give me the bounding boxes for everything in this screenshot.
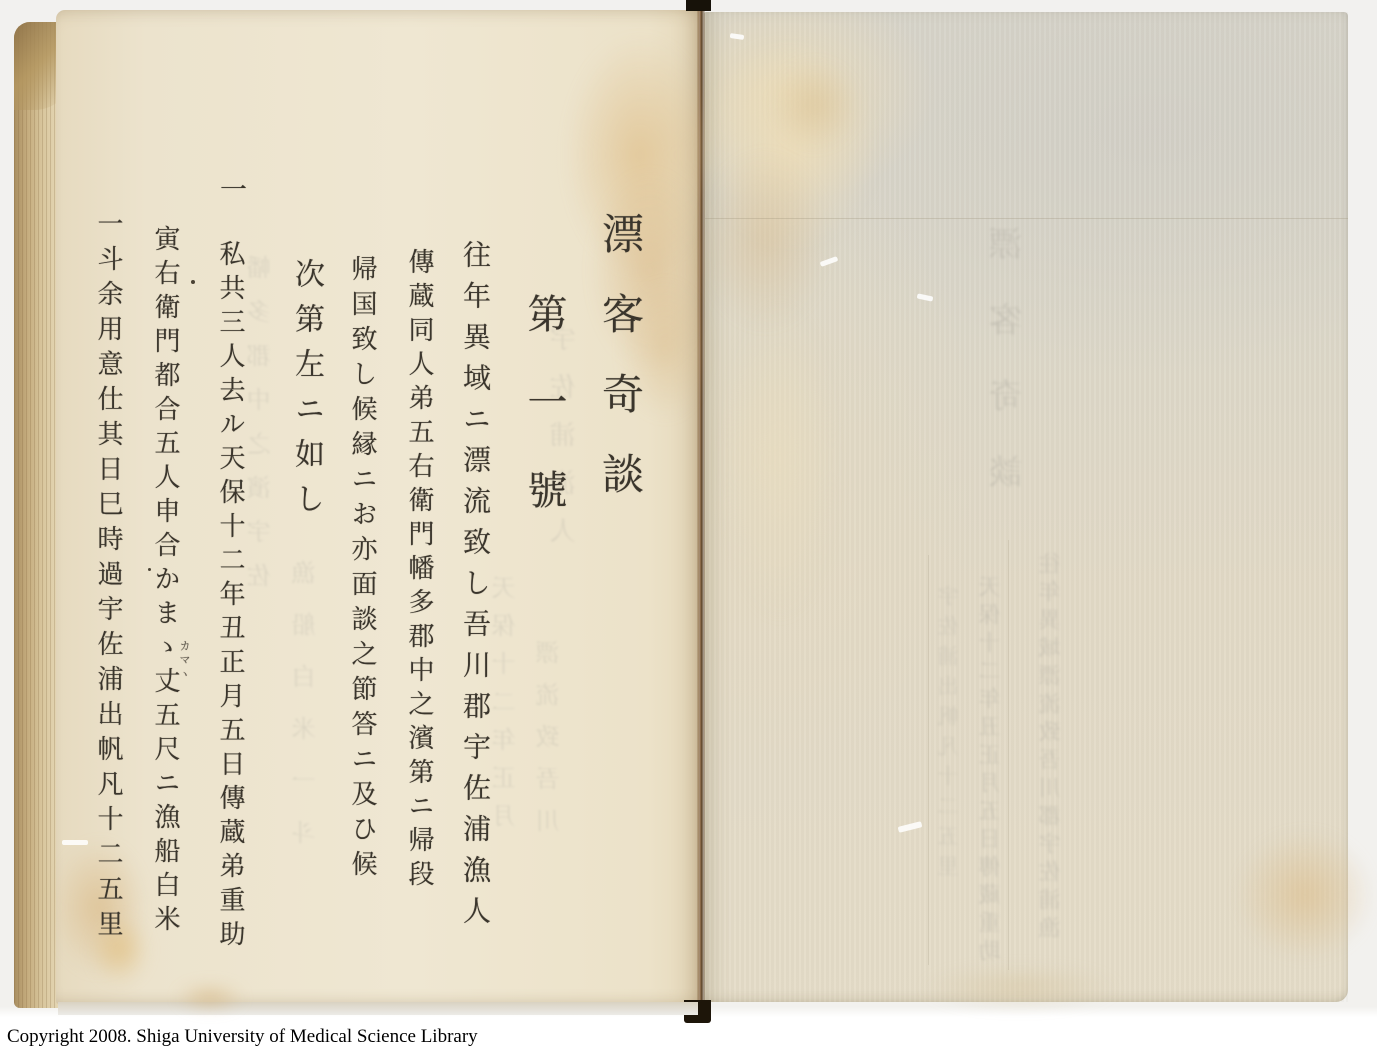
title-column: 漂客奇談: [590, 212, 650, 532]
sheet-edge-showthrough: [928, 555, 929, 965]
scanned-book-photo: 宇佐浦漁人 天保十二年正月 漁船白米一斗 幡多郡中之濱宇佐 漂流致吾川 漂客奇談…: [0, 0, 1377, 1054]
kana-gloss-note: カマヽ: [176, 640, 192, 682]
ink-speck: [191, 280, 195, 284]
book-gutter: [697, 0, 705, 1012]
showthrough-title: 漂客奇談: [984, 226, 1033, 530]
chapter-number-column: 第一號: [516, 293, 573, 557]
book-fore-edge-pages: [14, 22, 60, 1008]
item-marker: 一: [211, 175, 250, 208]
spine-cover-top: [686, 0, 711, 11]
showthrough-column: 宇佐浦出帆凡十二五里: [934, 585, 964, 885]
showthrough-column: 漂流致吾川: [532, 640, 567, 850]
text-column: 往年異域ニ漂流致し吾川郡宇佐浦漁人: [455, 240, 495, 937]
paper-scuff: [62, 840, 88, 845]
showthrough-column: 往年異域漂流致吾川郡宇佐浦漁: [1036, 552, 1067, 944]
text-column: 一斗余用意仕其日巳時過宇佐浦出帆凡十二五里: [90, 210, 127, 945]
fold-crease: [705, 218, 1348, 219]
text-column: 寅右衛門都合五人申合かまゝ丈五尺ニ漁船白米: [147, 225, 184, 939]
book-bottom-edge: [58, 1002, 698, 1015]
copyright-caption: Copyright 2008. Shiga University of Medi…: [7, 1026, 478, 1048]
text-column: 帰国致し候縁ニお亦面談之節答ニ及ひ候: [344, 255, 381, 885]
text-column: 私共三人去ル天保十二年丑正月五日傳蔵弟重助: [212, 240, 249, 954]
text-column: 傳蔵同人弟五右衛門幡多郡中之濱第ニ帰段: [401, 248, 438, 894]
showthrough-column: 漁船白米一斗: [288, 560, 323, 872]
showthrough-column: 天保十二年丑正月五日傳蔵重助: [976, 575, 1007, 967]
text-column: 次第左ニ如し: [284, 258, 328, 528]
sheet-edge-showthrough: [1008, 540, 1009, 970]
